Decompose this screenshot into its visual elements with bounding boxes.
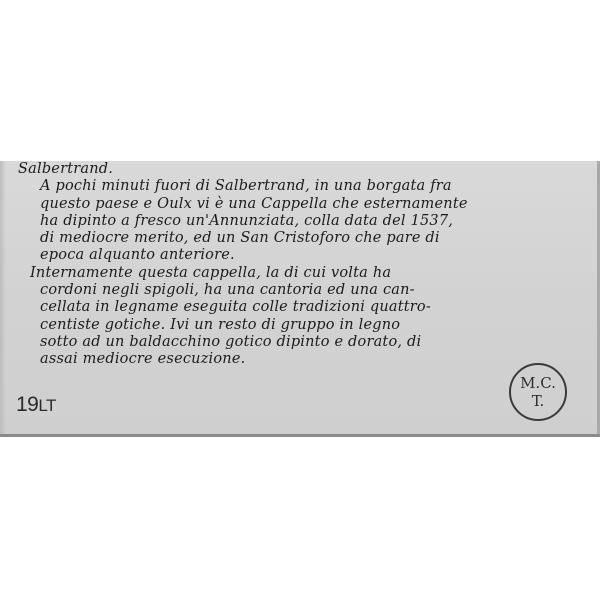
text-line: epoca alquanto anteriore. bbox=[18, 247, 593, 264]
catalog-number-letters: LT bbox=[38, 396, 56, 415]
catalog-number: 19LT bbox=[16, 393, 56, 417]
handwritten-text: Salbertrand. A pochi minuti fuori di Sal… bbox=[18, 161, 593, 369]
text-line: Internamente questa cappella, la di cui … bbox=[18, 265, 593, 282]
text-line-heading: Salbertrand. bbox=[18, 161, 593, 178]
text-line: A pochi minuti fuori di Salbertrand, in … bbox=[18, 178, 593, 195]
text-line: cellata in legname eseguita colle tradiz… bbox=[18, 299, 593, 316]
text-line: cordoni negli spigoli, ha una cantoria e… bbox=[18, 282, 593, 299]
stamp-line-1: M.C. bbox=[520, 374, 556, 392]
text-line: questo paese e Oulx vi è una Cappella ch… bbox=[18, 196, 593, 213]
text-line: sotto ad un baldacchino gotico dipinto e… bbox=[18, 334, 593, 351]
museum-stamp: M.C. T. bbox=[509, 363, 567, 421]
archival-card: Salbertrand. A pochi minuti fuori di Sal… bbox=[0, 161, 600, 437]
text-line: assai mediocre esecuzione. bbox=[18, 351, 593, 368]
catalog-number-digits: 19 bbox=[16, 393, 38, 416]
text-line: centiste gotiche. Ivi un resto di gruppo… bbox=[18, 317, 593, 334]
text-line: di mediocre merito, ed un San Cristoforo… bbox=[18, 230, 593, 247]
stamp-line-2: T. bbox=[532, 392, 545, 410]
text-line: ha dipinto a fresco un'Annunziata, colla… bbox=[18, 213, 593, 230]
